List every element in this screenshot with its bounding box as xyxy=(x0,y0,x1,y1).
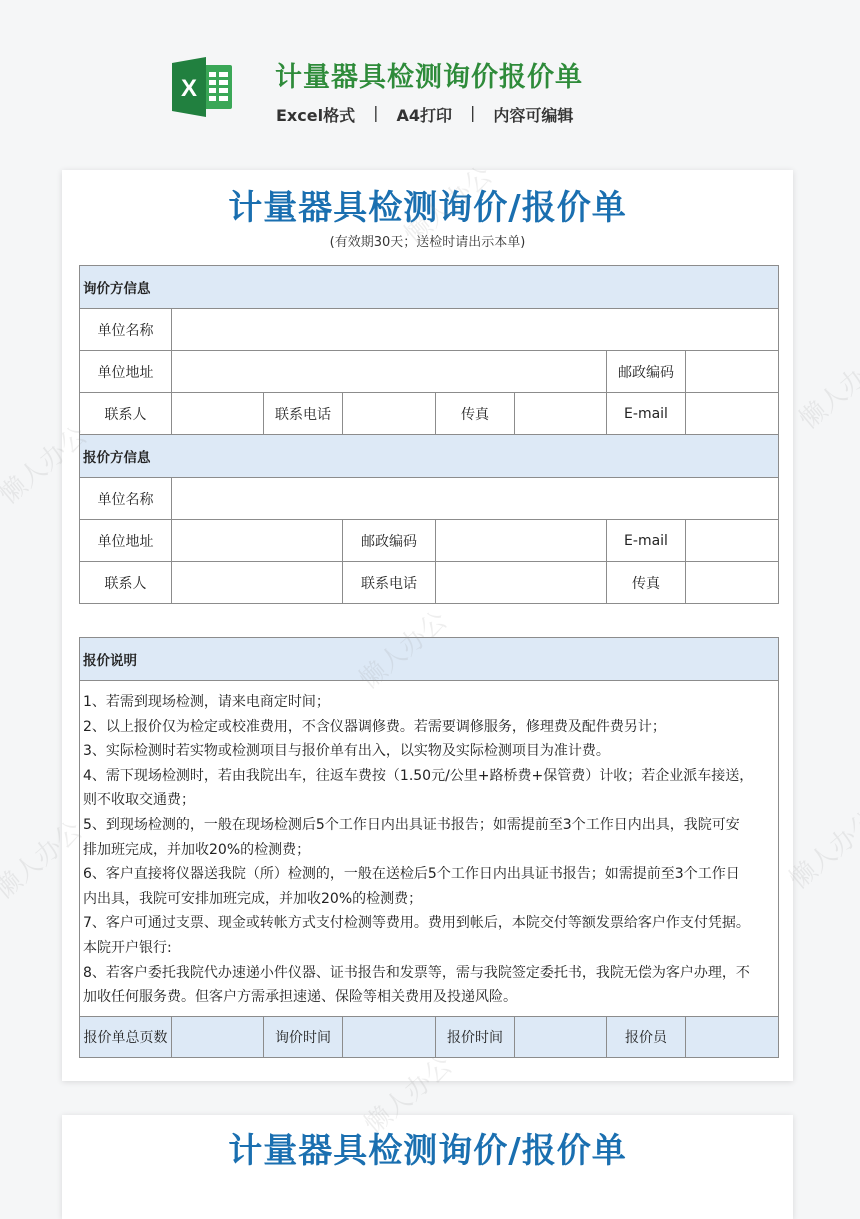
table-row: 单位地址 邮政编码 E-mail xyxy=(80,520,779,562)
notes-table: 报价说明 1、若需到现场检测，请来电商定时间； 2、以上报价仅为检定或校准费用，… xyxy=(79,637,779,1058)
quoter-fax-field[interactable] xyxy=(686,562,779,604)
quoter-staff-label: 报价员 xyxy=(607,1016,686,1057)
quote-time-label: 报价时间 xyxy=(436,1016,515,1057)
banner-title: 计量器具检测询价报价单 xyxy=(275,55,583,94)
inquirer-email-field[interactable] xyxy=(686,393,779,435)
note-line: 8、若客户委托我院代办速递小件仪器、证书报告和发票等，需与我院签定委托书，我院无… xyxy=(83,961,775,986)
quoter-section-header: 报价方信息 xyxy=(80,435,779,478)
inquirer-phone-field[interactable] xyxy=(343,393,436,435)
quoter-address-label: 单位地址 xyxy=(80,520,172,562)
note-line: 本院开户银行: xyxy=(83,936,775,961)
quoter-contact-label: 联系人 xyxy=(80,562,172,604)
editable-tag: 内容可编辑 xyxy=(493,103,573,126)
inquirer-section-header: 询价方信息 xyxy=(80,266,779,309)
quoter-unit-name-field[interactable] xyxy=(172,478,779,520)
note-line: 内出具，我院可安排加班完成，并加收20%的检测费； xyxy=(83,887,775,912)
quoter-postcode-field[interactable] xyxy=(436,520,607,562)
inquirer-email-label: E-mail xyxy=(607,393,686,435)
note-line: 4、需下现场检测时，若由我院出车，往返车费按（1.50元/公里+路桥费+保管费）… xyxy=(83,764,775,789)
note-line: 2、以上报价仅为检定或校准费用，不含仪器调修费。若需要调修服务，修理费及配件费另… xyxy=(83,715,775,740)
notes-section-header: 报价说明 xyxy=(80,638,779,681)
inquirer-heading: 询价方信息 xyxy=(80,266,779,309)
table-row: 联系人 联系电话 传真 E-mail xyxy=(80,393,779,435)
footer-row: 报价单总页数 询价时间 报价时间 报价员 xyxy=(80,1016,779,1057)
separator: | xyxy=(470,103,475,126)
quoter-staff-field[interactable] xyxy=(686,1016,779,1057)
inquirer-unit-name-field[interactable] xyxy=(172,309,779,351)
document-sheet: 计量器具检测询价/报价单 (有效期30天；送检时请出示本单) 询价方信息 单位名… xyxy=(62,170,793,1081)
separator: | xyxy=(373,103,378,126)
note-line: 排加班完成，并加收20%的检测费； xyxy=(83,838,775,863)
quoter-postcode-label: 邮政编码 xyxy=(343,520,436,562)
inquirer-contact-label: 联系人 xyxy=(80,393,172,435)
inquirer-postcode-field[interactable] xyxy=(686,351,779,393)
quoter-phone-label: 联系电话 xyxy=(343,562,436,604)
watermark: 懒人办公 xyxy=(790,341,860,436)
inquirer-unit-name-label: 单位名称 xyxy=(80,309,172,351)
document-title: 计量器具检测询价/报价单 xyxy=(62,1123,793,1172)
quoter-address-field[interactable] xyxy=(172,520,343,562)
banner: X 计量器具检测询价报价单 Excel格式 | A4打印 | 内容可编辑 xyxy=(0,0,860,150)
document-subtitle: (有效期30天；送检时请出示本单) xyxy=(62,231,793,250)
inquirer-fax-field[interactable] xyxy=(515,393,607,435)
quoter-fax-label: 传真 xyxy=(607,562,686,604)
svg-text:X: X xyxy=(181,75,197,102)
inquirer-contact-field[interactable] xyxy=(172,393,264,435)
inquiry-time-field[interactable] xyxy=(343,1016,436,1057)
total-pages-label: 报价单总页数 xyxy=(80,1016,172,1057)
table-row: 单位名称 xyxy=(80,309,779,351)
print-tag: A4打印 xyxy=(396,103,452,126)
quoter-unit-name-label: 单位名称 xyxy=(80,478,172,520)
quote-time-field[interactable] xyxy=(515,1016,607,1057)
notes-body: 1、若需到现场检测，请来电商定时间； 2、以上报价仅为检定或校准费用，不含仪器调… xyxy=(80,681,779,1017)
inquirer-phone-label: 联系电话 xyxy=(264,393,343,435)
note-line: 3、实际检测时若实物或检测项目与报价单有出入，以实物及实际检测项目为准计费。 xyxy=(83,739,775,764)
inquiry-time-label: 询价时间 xyxy=(264,1016,343,1057)
total-pages-field[interactable] xyxy=(172,1016,264,1057)
note-line: 1、若需到现场检测，请来电商定时间； xyxy=(83,690,775,715)
info-table: 询价方信息 单位名称 单位地址 邮政编码 联系人 联系电话 传真 E-mail … xyxy=(79,265,779,604)
document-title: 计量器具检测询价/报价单 xyxy=(62,180,793,229)
format-tag: Excel格式 xyxy=(276,103,355,126)
inquirer-postcode-label: 邮政编码 xyxy=(607,351,686,393)
quoter-phone-field[interactable] xyxy=(436,562,607,604)
inquirer-address-field[interactable] xyxy=(172,351,607,393)
table-row: 单位名称 xyxy=(80,478,779,520)
inquirer-fax-label: 传真 xyxy=(436,393,515,435)
banner-subtitle: Excel格式 | A4打印 | 内容可编辑 xyxy=(276,103,573,126)
notes-heading: 报价说明 xyxy=(80,638,779,681)
quoter-email-field[interactable] xyxy=(686,520,779,562)
inquirer-address-label: 单位地址 xyxy=(80,351,172,393)
note-line: 5、到现场检测的，一般在现场检测后5个工作日内出具证书报告；如需提前至3个工作日… xyxy=(83,813,775,838)
excel-icon: X xyxy=(170,57,234,117)
table-row: 联系人 联系电话 传真 xyxy=(80,562,779,604)
quoter-email-label: E-mail xyxy=(607,520,686,562)
document-sheet-preview: 计量器具检测询价/报价单 xyxy=(62,1115,793,1219)
note-line: 6、客户直接将仪器送我院（所）检测的，一般在送检后5个工作日内出具证书报告；如需… xyxy=(83,862,775,887)
note-line: 则不收取交通费； xyxy=(83,788,775,813)
quoter-heading: 报价方信息 xyxy=(80,435,779,478)
note-line: 7、客户可通过支票、现金或转帐方式支付检测等费用。费用到帐后，本院交付等额发票给… xyxy=(83,911,775,936)
table-row: 单位地址 邮政编码 xyxy=(80,351,779,393)
quoter-contact-field[interactable] xyxy=(172,562,343,604)
note-line: 加收任何服务费。但客户方需承担速递、保险等相关费用及投递风险。 xyxy=(83,985,775,1010)
notes-row: 1、若需到现场检测，请来电商定时间； 2、以上报价仅为检定或校准费用，不含仪器调… xyxy=(80,681,779,1017)
